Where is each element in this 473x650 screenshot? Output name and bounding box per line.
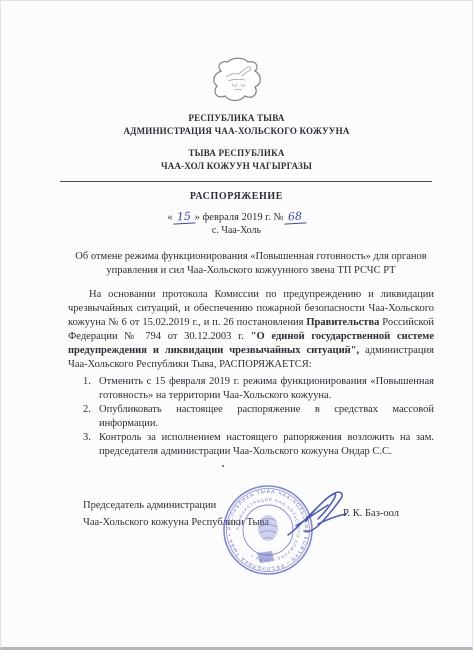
stamp-center-emblem	[257, 515, 278, 563]
org-name-ru-line2: АДМИНИСТРАЦИЯ ЧАА-ХОЛЬСКОГО КОЖУУНА	[1, 125, 472, 138]
order-item-3: 3. Контроль за исполнением настоящего ра…	[83, 431, 434, 459]
org-name-tuv-line1: ТЫВА РЕСПУБЛИКА	[1, 147, 472, 160]
document-type-title: РАСПОРЯЖЕНИЕ	[1, 191, 472, 202]
body-paragraph: На основании протокола Комиссии по преду…	[68, 288, 434, 372]
order-number-3: 3.	[83, 431, 91, 445]
order-number-2: 2.	[83, 403, 91, 417]
orders-list: 1. Отменить с 15 февраля 2019 г. режима …	[83, 375, 434, 459]
order-text-1: Отменить с 15 февраля 2019 г. режима фун…	[99, 376, 434, 401]
ink-speck	[222, 465, 224, 467]
tuva-coat-of-arms-icon	[212, 57, 264, 107]
order-text-2: Опубликовать настоящее распоряжение в ср…	[99, 404, 434, 429]
subject-paragraph: Об отмене режима функционирования «Повыш…	[68, 250, 434, 277]
date-number-line: «15» февраля 2019 г. №68	[1, 210, 472, 224]
order-item-2: 2. Опубликовать настоящее распоряжение в…	[83, 403, 434, 431]
order-item-1: 1. Отменить с 15 февраля 2019 г. режима …	[83, 375, 434, 403]
letterhead-russian: РЕСПУБЛИКА ТЫВА АДМИНИСТРАЦИЯ ЧАА-ХОЛЬСК…	[1, 112, 472, 137]
body-part-2-bold: Правительства	[306, 317, 379, 328]
header-divider-line	[60, 181, 432, 182]
signer-name: Р. К. Баз-оол	[343, 508, 399, 519]
org-name-ru-line1: РЕСПУБЛИКА ТЫВА	[1, 112, 472, 125]
month-year: февраля 2019 г.	[202, 212, 271, 223]
org-name-tuv-line2: ЧАА-ХОЛ КОЖУУН ЧАГЫРГАЗЫ	[1, 160, 472, 173]
handwritten-signature-icon	[282, 488, 350, 545]
letterhead-tuvan: ТЫВА РЕСПУБЛИКА ЧАА-ХОЛ КОЖУУН ЧАГЫРГАЗЫ	[1, 147, 472, 172]
quote-close: »	[195, 212, 200, 223]
handwritten-number: 68	[283, 209, 306, 224]
order-text-3: Контроль за исполнением настоящего рапор…	[99, 432, 434, 457]
place-line: с. Чаа-Холь	[1, 225, 472, 236]
scanned-decree-document: РЕСПУБЛИКА ТЫВА АДМИНИСТРАЦИЯ ЧАА-ХОЛЬСК…	[0, 0, 473, 650]
handwritten-day: 15	[172, 209, 195, 224]
order-number-1: 1.	[83, 375, 91, 389]
number-sign: №	[274, 212, 284, 223]
